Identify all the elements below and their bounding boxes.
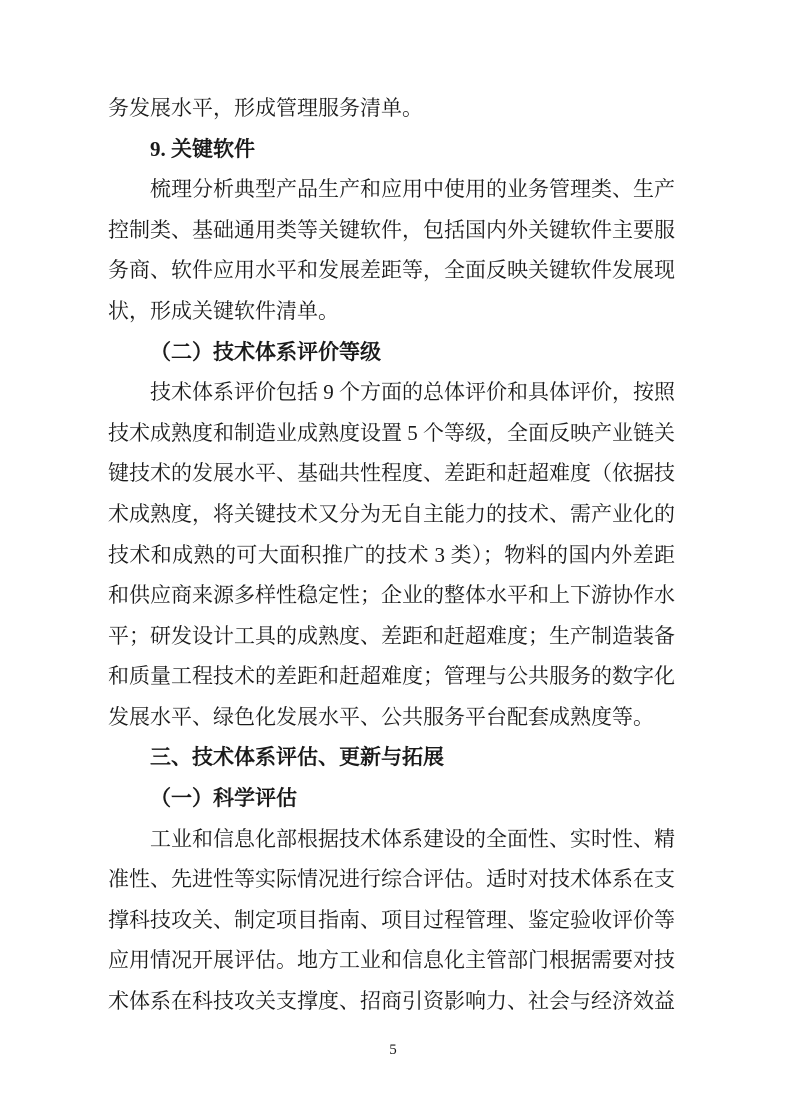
para-scientific-evaluation-line-3: 撑科技攻关、制定项目指南、项目过程管理、鉴定验收评价等 xyxy=(108,900,675,941)
heading-2-tech-system-evaluation-grades: （二）技术体系评价等级 xyxy=(108,332,675,373)
para-evaluation-grades-line-7: 平；研发设计工具的成熟度、差距和赶超难度；生产制造装备 xyxy=(108,616,675,657)
para-evaluation-grades-line-8: 和质量工程技术的差距和赶超难度；管理与公共服务的数字化 xyxy=(108,656,675,697)
para-key-software-line-3: 务商、软件应用水平和发展差距等，全面反映关键软件发展现 xyxy=(108,250,675,291)
para-scientific-evaluation-line-2: 准性、先进性等实际情况进行综合评估。适时对技术体系在支 xyxy=(108,859,675,900)
para-key-software-line-4: 状，形成关键软件清单。 xyxy=(108,291,675,332)
para-scientific-evaluation-line-4: 应用情况开展评估。地方工业和信息化主管部门根据需要对技 xyxy=(108,940,675,981)
para-evaluation-grades-line-9: 发展水平、绿色化发展水平、公共服务平台配套成熟度等。 xyxy=(108,697,675,738)
para-scientific-evaluation-line-5: 术体系在科技攻关支撑度、招商引资影响力、社会与经济效益 xyxy=(108,981,675,1022)
document-body: 务发展水平，形成管理服务清单。9. 关键软件梳理分析典型产品生产和应用中使用的业… xyxy=(108,88,675,1022)
heading-9-key-software: 9. 关键软件 xyxy=(108,129,675,170)
para-evaluation-grades-line-5: 技术和成熟的可大面积推广的技术 3 类）；物料的国内外差距 xyxy=(108,535,675,576)
para-evaluation-grades-line-6: 和供应商来源多样性稳定性；企业的整体水平和上下游协作水 xyxy=(108,575,675,616)
para-management-services-end-line-1: 务发展水平，形成管理服务清单。 xyxy=(108,88,675,129)
para-evaluation-grades-line-2: 技术成熟度和制造业成熟度设置 5 个等级，全面反映产业链关 xyxy=(108,413,675,454)
para-key-software-line-1: 梳理分析典型产品生产和应用中使用的业务管理类、生产 xyxy=(108,169,675,210)
document-page: 务发展水平，形成管理服务清单。9. 关键软件梳理分析典型产品生产和应用中使用的业… xyxy=(0,0,786,1119)
para-key-software-line-2: 控制类、基础通用类等关键软件，包括国内外关键软件主要服 xyxy=(108,210,675,251)
para-evaluation-grades-line-3: 键技术的发展水平、基础共性程度、差距和赶超难度（依据技 xyxy=(108,453,675,494)
page-footer: 5 xyxy=(0,1040,786,1060)
para-scientific-evaluation-line-1: 工业和信息化部根据技术体系建设的全面性、实时性、精 xyxy=(108,819,675,860)
para-evaluation-grades-line-1: 技术体系评价包括 9 个方面的总体评价和具体评价，按照 xyxy=(108,372,675,413)
heading-3-evaluation-update-expansion: 三、技术体系评估、更新与拓展 xyxy=(108,738,675,779)
page-number: 5 xyxy=(389,1042,397,1058)
para-evaluation-grades-line-4: 术成熟度，将关键技术又分为无自主能力的技术、需产业化的 xyxy=(108,494,675,535)
heading-1-scientific-evaluation: （一）科学评估 xyxy=(108,778,675,819)
